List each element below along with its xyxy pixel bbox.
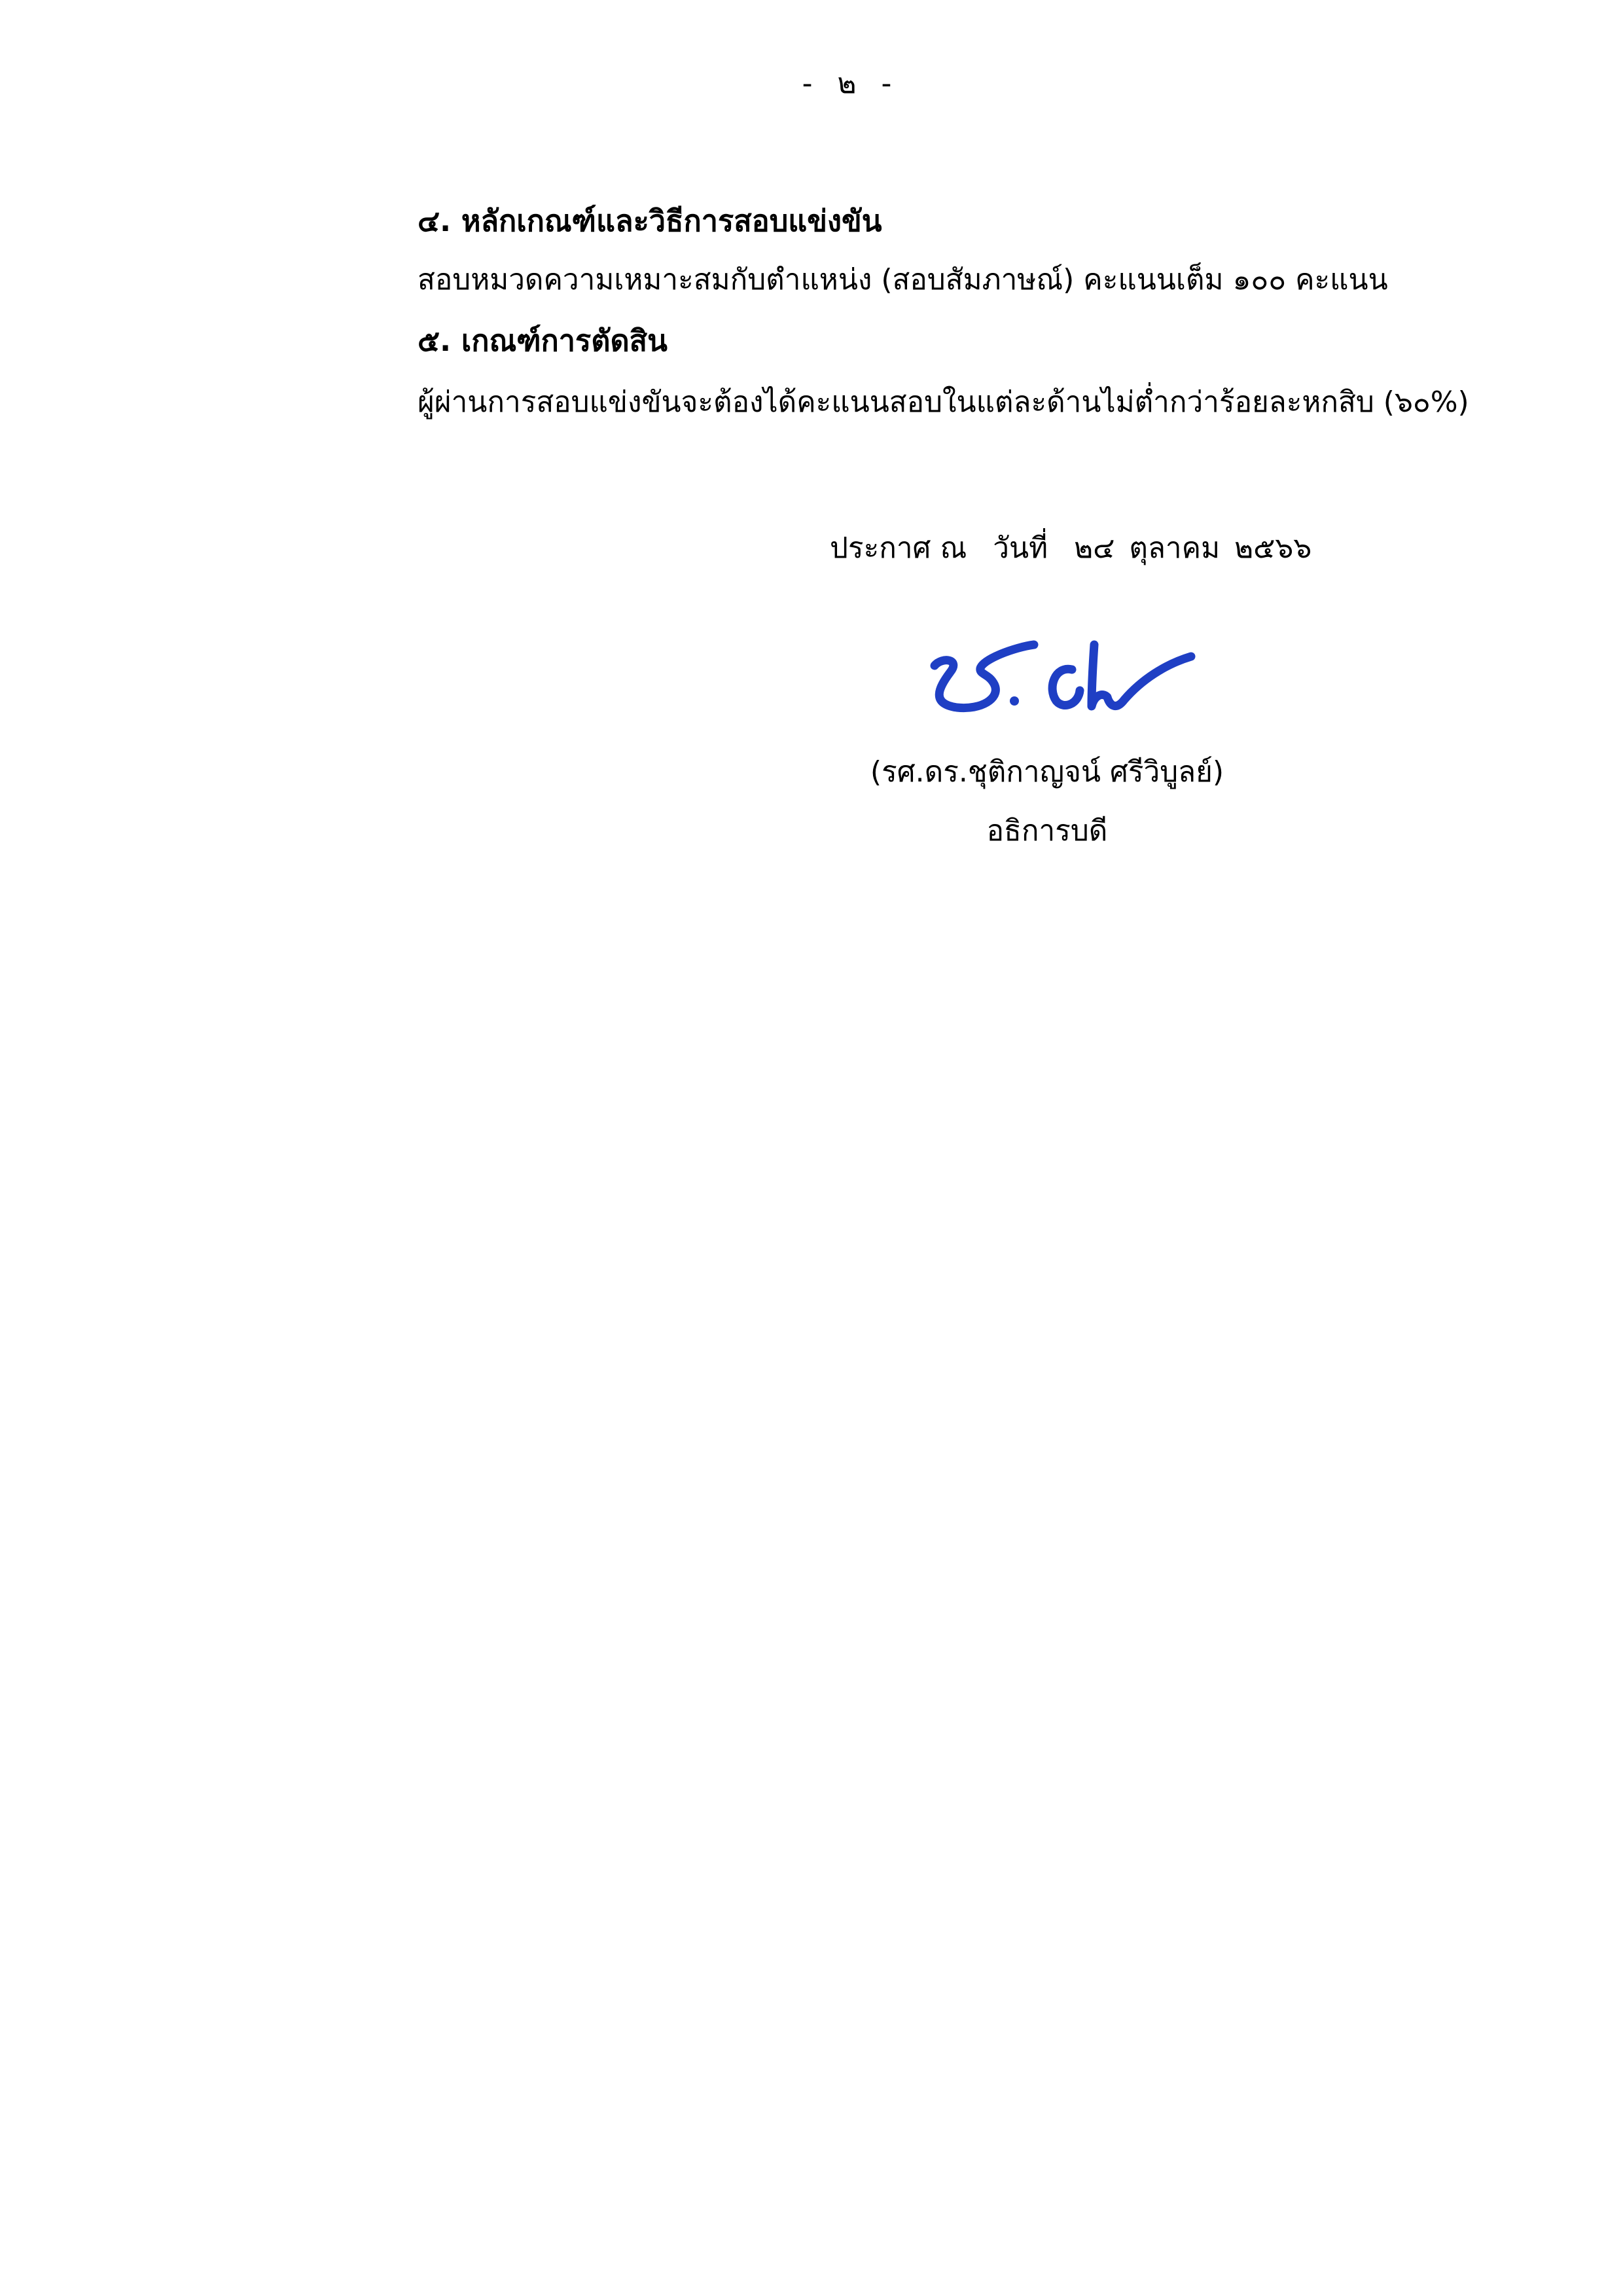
signature-icon [916,625,1204,730]
announcement-label: ประกาศ ณ [830,531,967,565]
signature-stroke [1092,645,1191,706]
signer-name: (รศ.ดร.ชุติกาญจน์ ศรีวิบูลย์) [851,749,1243,795]
section-4-body: สอบหมวดความเหมาะสมกับตำแหน่ง (สอบสัมภาษณ… [418,257,1388,303]
section-5-heading: ๕. เกณฑ์การตัดสิน [418,318,668,364]
announcement-date-line: ประกาศ ณวันที่๒๔ตุลาคม๒๕๖๖ [830,526,1326,571]
section-4-heading: ๔. หลักเกณฑ์และวิธีการสอบแข่งขัน [418,198,882,244]
date-year: ๒๕๖๖ [1234,531,1311,565]
signature-dot [1010,696,1019,706]
signer-title: อธิการบดี [851,808,1243,854]
date-label: วันที่ [993,531,1048,565]
page-number: - ๒ - [0,64,1623,103]
section-5-body: ผู้ผ่านการสอบแข่งขันจะต้องได้คะแนนสอบในแ… [418,380,1469,425]
date-month: ตุลาคม [1129,531,1220,565]
date-day: ๒๔ [1074,531,1115,565]
signature-stroke [935,645,1034,708]
signature-stroke [1052,669,1080,705]
